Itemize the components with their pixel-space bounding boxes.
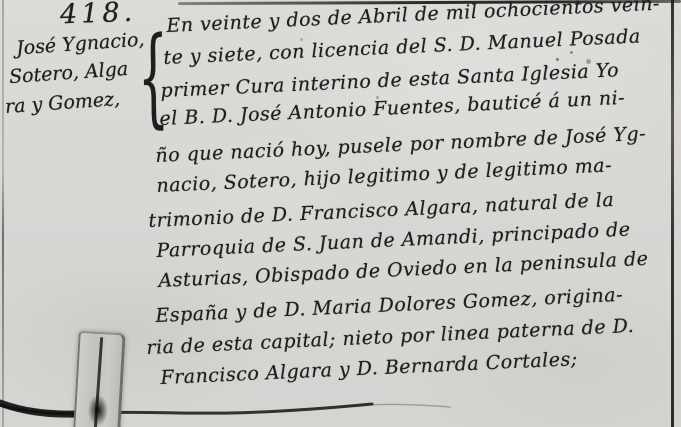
margin-name-line: José Ygnacio, <box>15 29 145 60</box>
ink-speckles <box>556 58 559 61</box>
margin-name-line: Sotero, Alga <box>8 58 128 88</box>
page-left-edge-line <box>2 0 4 427</box>
clip-shadow-blob <box>84 386 112 427</box>
margin-name-line: ra y Gomez, <box>4 88 120 118</box>
scanned-baptism-record-page: 418. José Ygnacio, Sotero, Alga ra y Gom… <box>0 0 681 427</box>
entry-number: 418. <box>59 0 136 30</box>
page-right-edge-line <box>671 0 674 427</box>
